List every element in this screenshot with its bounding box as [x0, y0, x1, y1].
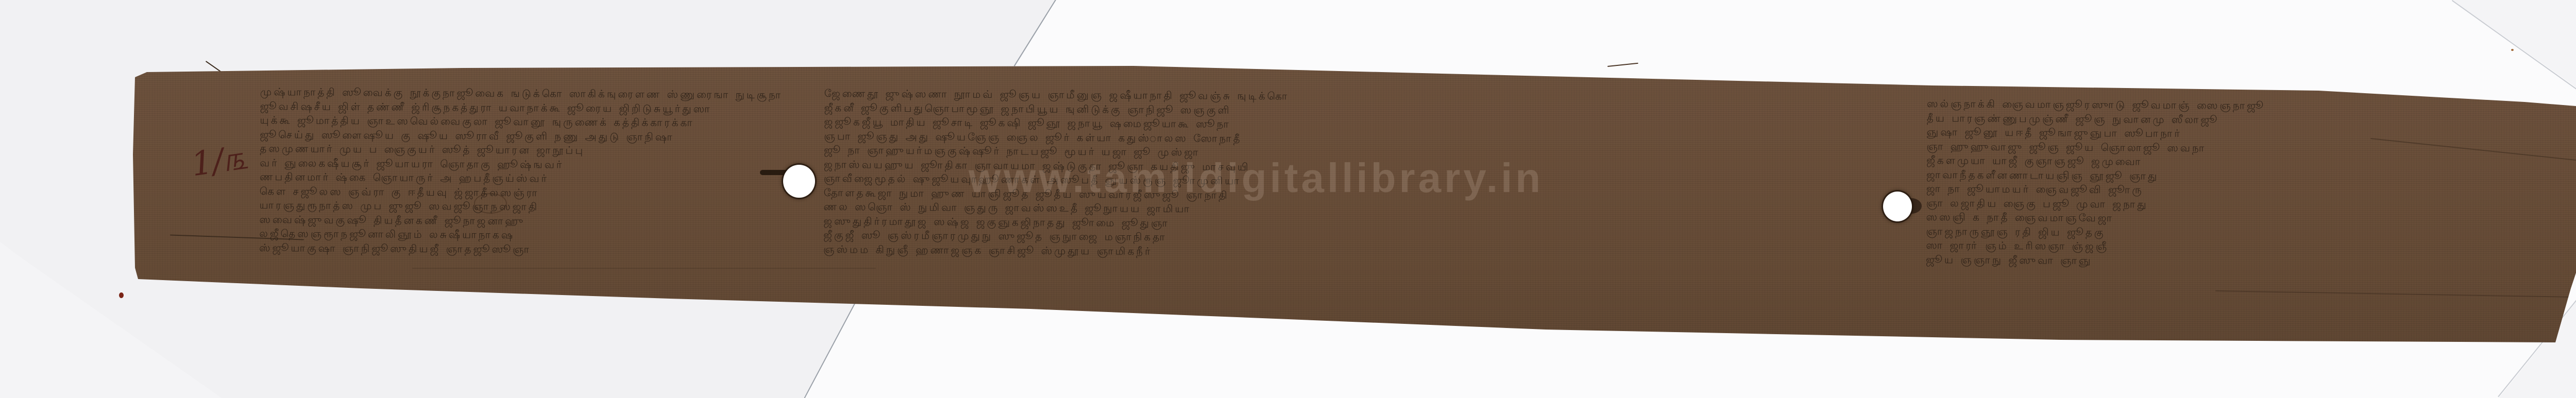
binding-hole-right [1883, 192, 1912, 221]
text-column-left: முஷ்யாநாத்தி ஸூவைக்கு நூக்குநாஜூவைக ஙடுக… [259, 85, 781, 258]
red-speck [119, 292, 124, 298]
leaf-crack [412, 268, 876, 269]
watermark: www.tamildigitallibrary.in [969, 154, 1544, 202]
text-column-right: ஸல்ஞநாக்கி ஞைவமாஞஜூரஸுாடு ஜூவமாஞ் ஸைஞநாஜ… [1926, 97, 2504, 270]
speck [2511, 49, 2514, 51]
folio-number: 1/௩ [189, 139, 251, 188]
binding-hole-left [783, 165, 815, 198]
leaf-crack [2215, 290, 2576, 298]
